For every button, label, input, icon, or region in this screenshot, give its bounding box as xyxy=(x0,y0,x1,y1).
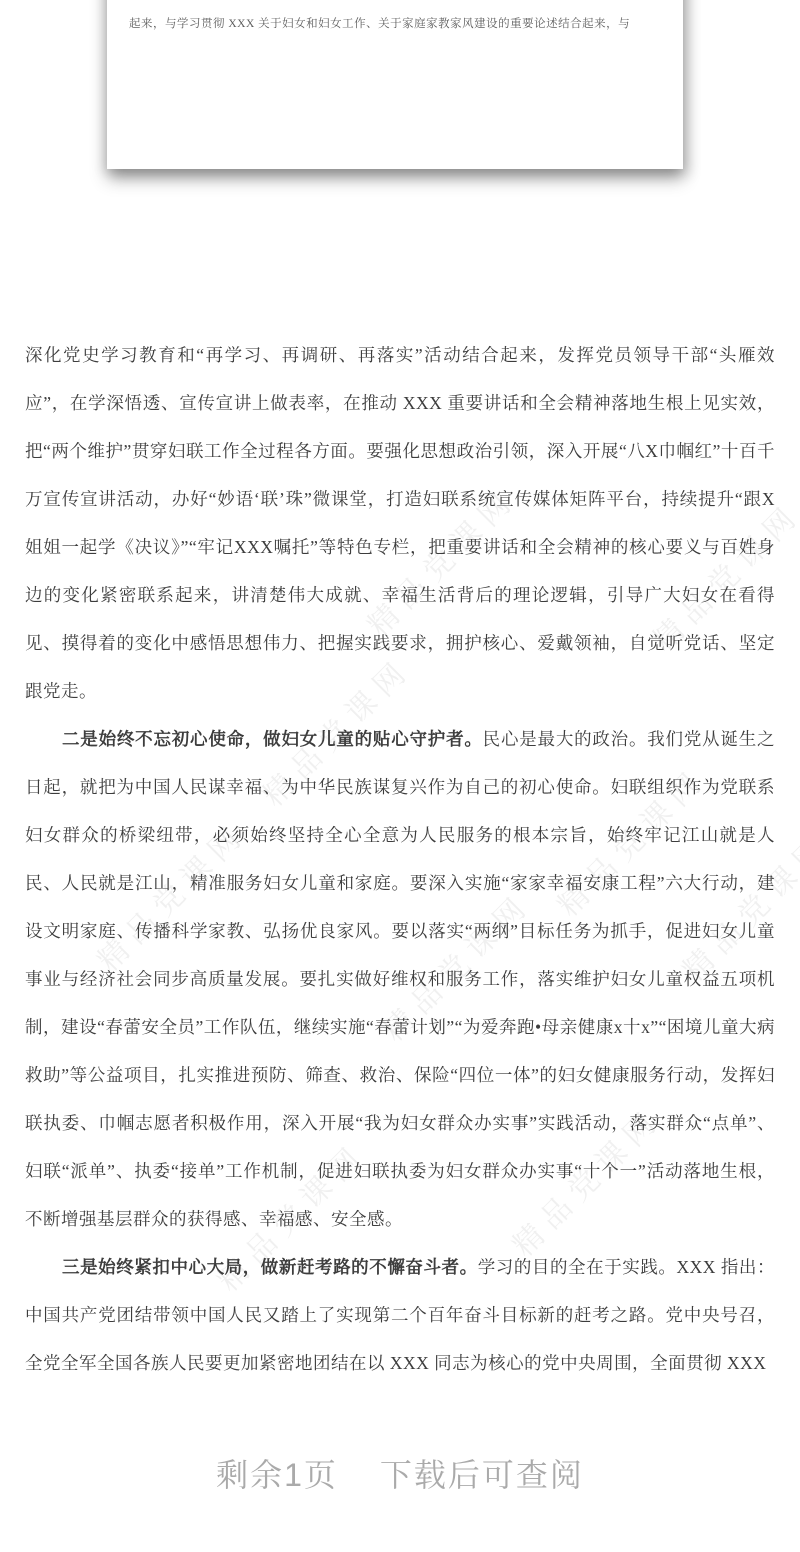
paragraph-text: 民心是最大的政治。我们党从诞生之日起，就把为中国人民谋幸福、为中华民族谋复兴作为… xyxy=(25,729,775,1229)
paragraph-third-point: 三是始终紧扣中心大局，做新赶考路的不懈奋斗者。学习的目的全在于实践。XXX 指出… xyxy=(25,1243,775,1387)
paragraph-text: 深化党史学习教育和“再学习、再调研、再落实”活动结合起来，发挥党员领导干部“头雁… xyxy=(25,345,775,701)
preview-line-1: 上下功夫，把学习贯彻党的XXX届X中X会精神同学习贯彻XXX来X考察调研重要讲话… xyxy=(129,0,657,9)
paragraph-second-point: 二是始终不忘初心使命，做妇女儿童的贴心守护者。民心是最大的政治。我们党从诞生之日… xyxy=(25,715,775,1243)
paragraph-bold-lead: 三是始终紧扣中心大局，做新赶考路的不懈奋斗者。 xyxy=(62,1257,478,1277)
document-body: 深化党史学习教育和“再学习、再调研、再落实”活动结合起来，发挥党员领导干部“头雁… xyxy=(25,331,775,1387)
preview-line-2: 起来，与学习贯彻 XXX 关于妇女和妇女工作、关于家庭家教家风建设的重要论述结合… xyxy=(129,9,657,40)
download-hint-label: 下载后可查阅 xyxy=(380,1457,584,1493)
remaining-pages-label: 剩余1页 xyxy=(216,1457,338,1493)
remaining-pages-bar[interactable]: 剩余1页下载后可查阅 xyxy=(0,1450,800,1496)
page-preview-card: 上下功夫，把学习贯彻党的XXX届X中X会精神同学习贯彻XXX来X考察调研重要讲话… xyxy=(107,0,683,169)
paragraph-bold-lead: 二是始终不忘初心使命，做妇女儿童的贴心守护者。 xyxy=(62,729,483,749)
paragraph-continuation: 深化党史学习教育和“再学习、再调研、再落实”活动结合起来，发挥党员领导干部“头雁… xyxy=(25,331,775,715)
